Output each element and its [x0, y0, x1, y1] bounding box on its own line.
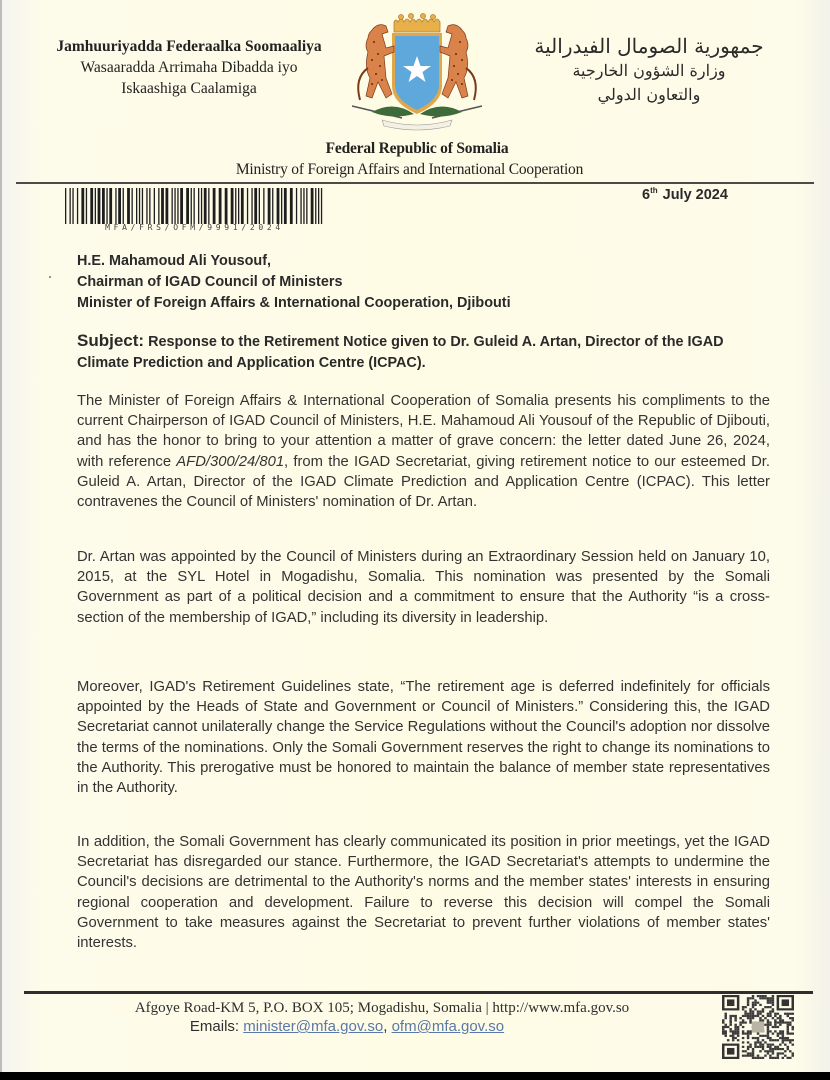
- email-link-ofm[interactable]: ofm@mfa.gov.so: [392, 1018, 505, 1035]
- email-link-minister[interactable]: minister@mfa.gov.so: [243, 1018, 383, 1035]
- letterhead-english-line1: Federal Republic of Somalia: [2, 139, 830, 159]
- subject-label: Subject:: [77, 331, 144, 350]
- letterhead-english-line2: Ministry of Foreign Affairs and Internat…: [0, 159, 830, 181]
- addressee-ministry: Minister of Foreign Affairs & Internatio…: [77, 293, 511, 314]
- date-day: 6: [642, 187, 650, 203]
- addressee-title: Chairman of IGAD Council of Ministers: [77, 272, 511, 293]
- letterhead-divider: [16, 182, 814, 184]
- footer-divider: [24, 991, 813, 994]
- footer-emails: Emails: minister@mfa.gov.so, ofm@mfa.gov…: [0, 1017, 762, 1037]
- date-suffix: th: [650, 186, 658, 195]
- emails-label: Emails:: [190, 1018, 239, 1035]
- body-paragraph-4: In addition, the Somali Government has c…: [77, 832, 770, 953]
- body-paragraph-3: Moreover, IGAD's Retirement Guidelines s…: [77, 677, 770, 798]
- subject-line: Subject: Response to the Retirement Noti…: [77, 330, 767, 374]
- subject-text: Response to the Retirement Notice given …: [77, 334, 724, 371]
- letterhead-somali-line3: Iskaashiga Caalamiga: [24, 78, 354, 99]
- reference-number: MFA/FRS/OFM/9991/2024: [62, 223, 327, 232]
- footer-address: Afgoye Road-KM 5, P.O. BOX 105; Mogadish…: [0, 998, 797, 1018]
- barcode-icon: [65, 188, 323, 224]
- addressee-block: H.E. Mahamoud Ali Yousouf, Chairman of I…: [77, 251, 511, 314]
- letterhead-somali: Jamhuuriyadda Federaalka Soomaaliya Wasa…: [24, 37, 354, 99]
- letterhead-arabic-line3: والتعاون الدولي: [490, 83, 808, 107]
- letter-date: 6thJuly 2024: [642, 186, 728, 203]
- somalia-coat-of-arms-icon: [342, 8, 492, 133]
- addressee-name: H.E. Mahamoud Ali Yousouf,: [77, 251, 511, 272]
- letterhead-arabic: جمهورية الصومال الفيدرالية وزارة الشؤون …: [490, 33, 808, 107]
- letterhead-somali-line1: Jamhuuriyadda Federaalka Soomaaliya: [24, 37, 354, 57]
- letterhead-arabic-line1: جمهورية الصومال الفيدرالية: [490, 33, 808, 59]
- letterhead-somali-line2: Wasaaradda Arrimaha Dibadda iyo: [24, 57, 354, 78]
- body-paragraph-2: Dr. Artan was appointed by the Council o…: [77, 547, 770, 628]
- letterhead-english: Federal Republic of Somalia Ministry of …: [2, 139, 830, 181]
- scan-mark: [49, 276, 51, 278]
- reference-code: AFD/300/24/801: [176, 454, 284, 470]
- date-month-year: July 2024: [663, 187, 728, 203]
- letterhead-arabic-line2: وزارة الشؤون الخارجية: [490, 59, 808, 83]
- letter-page: Jamhuuriyadda Federaalka Soomaaliya Wasa…: [0, 0, 830, 1072]
- qr-code-icon: [722, 995, 794, 1059]
- email-separator: ,: [383, 1018, 391, 1035]
- body-paragraph-1: The Minister of Foreign Affairs & Intern…: [77, 391, 770, 512]
